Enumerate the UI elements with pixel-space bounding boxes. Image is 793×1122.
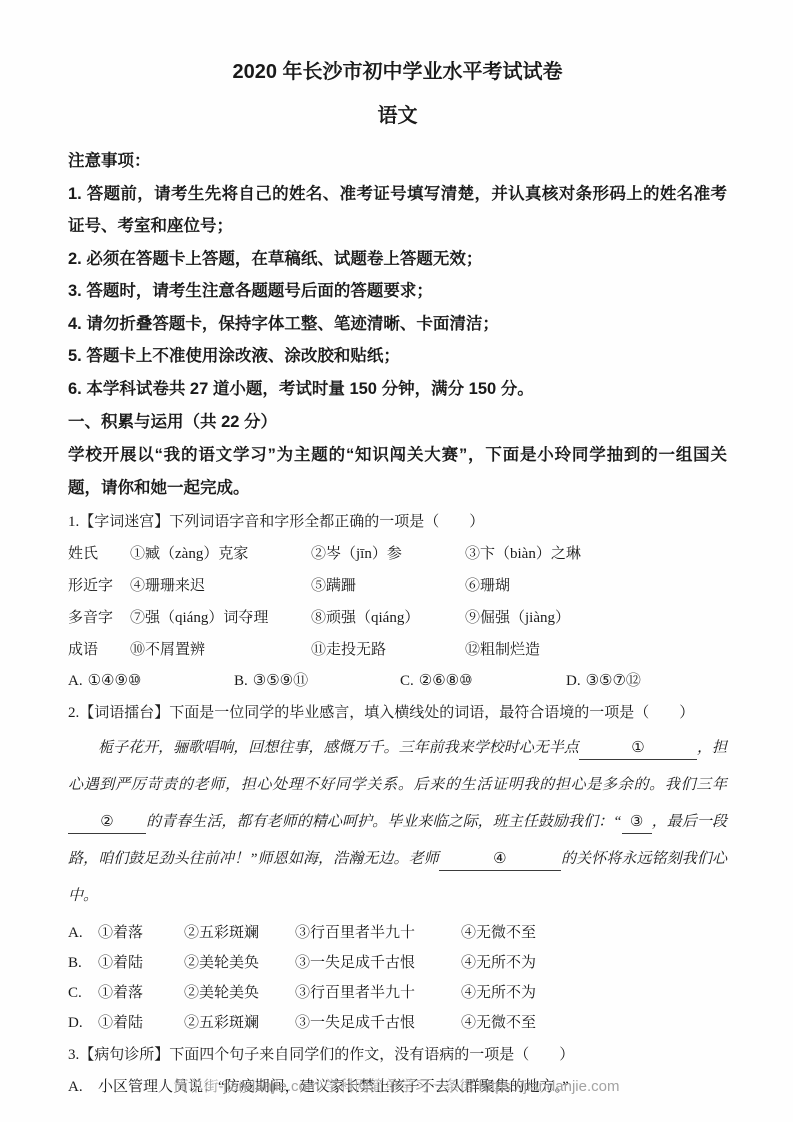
q1-row-idioms: 成语 ⑩不屑置辨 ⑪走投无路 ⑫粗制烂造 [68,634,727,666]
option-value: ①④⑨⑩ [88,673,142,689]
option-value: ③⑤⑦⑫ [586,673,641,689]
fill-blank-2: ② [68,811,146,834]
notice-item: 1. 答题前，请考生先将自己的姓名、准考证号填写清楚，并认真核对条形码上的姓名准… [68,178,727,243]
q1-row-label: 形近字 [68,570,130,602]
q1-option-d: D.③⑤⑦⑫ [566,666,727,696]
circled-number: ④ [493,851,506,867]
option-item: ④无微不至 [461,918,727,948]
section1-heading: 一、积累与运用（共 22 分） [68,406,727,439]
subject-title: 语文 [68,102,727,130]
option-item: ②美轮美奂 [184,948,295,978]
option-item: ②美轮美奂 [184,978,295,1008]
q1-row-surnames: 姓氏 ①臧（zàng）克家 ②岑（jīn）参 ③卞（biàn）之琳 [68,538,727,570]
option-label: D. [566,673,581,689]
q1-cell: ⑥珊瑚 [465,570,727,602]
option-label: C. [400,673,414,689]
section1-intro: 学校开展以“我的语文学习”为主题的“知识闯关大赛”，下面是小玲同学抽到的一组国关… [68,439,727,505]
notice-item: 6. 本学科试卷共 27 道小题，考试时量 150 分钟，满分 150 分。 [68,373,727,406]
option-item: ①着落 [98,918,184,948]
q1-cell: ⑦强（qiáng）词夺理 [130,602,311,634]
q1-row-label: 多音字 [68,602,130,634]
q1-options-row: A.①④⑨⑩ B.③⑤⑨⑪ C.②⑥⑧⑩ D.③⑤⑦⑫ [68,666,727,696]
option-item: ③一失足成千古恨 [295,1008,461,1038]
passage-text: 栀子花开，骊歌唱响，回想往事，感慨万千。三年前我来学校时心无半点 [98,740,579,756]
notice-item: 5. 答题卡上不准使用涂改液、涂改胶和贴纸； [68,340,727,373]
option-label: A. [68,673,83,689]
q1-grid: 姓氏 ①臧（zàng）克家 ②岑（jīn）参 ③卞（biàn）之琳 形近字 ④珊… [68,538,727,666]
q1-cell: ⑧顽强（qiáng） [311,602,465,634]
q3-stem: 3.【病句诊所】下面四个句子来自同学们的作文，没有语病的一项是（ ） [68,1040,727,1071]
q1-option-c: C.②⑥⑧⑩ [400,666,566,696]
q2-option-b: B. ①着陆 ②美轮美奂 ③一失足成千古恨 ④无所不为 [68,948,727,978]
q1-stem: 1.【字词迷宫】下列词语字音和字形全都正确的一项是（ ） [68,507,727,538]
option-item: ④无所不为 [461,978,727,1008]
q1-cell: ③卞（biàn）之琳 [465,538,727,570]
q1-row-similar-forms: 形近字 ④珊珊来迟 ⑤蹒跚 ⑥珊瑚 [68,570,727,602]
page-title: 2020 年长沙市初中学业水平考试试卷 [68,58,727,86]
q1-cell: ⑪走投无路 [311,634,465,666]
q1-row-label: 姓氏 [68,538,130,570]
option-item: ①着陆 [98,948,184,978]
fill-blank-4: ④ [439,848,561,871]
q1-option-b: B.③⑤⑨⑪ [234,666,400,696]
circled-number: ① [631,740,644,756]
notice-item: 2. 必须在答题卡上答题，在草稿纸、试题卷上答题无效； [68,243,727,276]
q1-cell: ⑤蹒跚 [311,570,465,602]
footer-watermark: 简单街-jiandanjie.com-学科网简单学习一条街 https://ji… [0,1075,793,1096]
circled-number: ③ [630,814,643,830]
q1-cell: ②岑（jīn）参 [311,538,465,570]
notices-heading: 注意事项： [68,145,727,178]
q2-option-a: A. ①着落 ②五彩斑斓 ③行百里者半九十 ④无微不至 [68,918,727,948]
option-item: ②五彩斑斓 [184,1008,295,1038]
q2-passage: 栀子花开，骊歌唱响，回想往事，感慨万千。三年前我来学校时心无半点①，担心遇到严厉… [68,730,727,915]
option-value: ②⑥⑧⑩ [419,673,473,689]
q1-cell: ①臧（zàng）克家 [130,538,311,570]
notices-section: 注意事项： 1. 答题前，请考生先将自己的姓名、准考证号填写清楚，并认真核对条形… [68,145,727,405]
option-label: D. [68,1008,98,1038]
option-item: ③行百里者半九十 [295,978,461,1008]
q1-row-label: 成语 [68,634,130,666]
option-item: ③一失足成千古恨 [295,948,461,978]
option-item: ①着陆 [98,1008,184,1038]
option-label: B. [68,948,98,978]
notice-item: 3. 答题时，请考生注意各题题号后面的答题要求； [68,275,727,308]
passage-text: 的青春生活，都有老师的精心呵护。毕业来临之际，班主任鼓励我们：“ [146,814,622,830]
option-label: A. [68,918,98,948]
q2-option-d: D. ①着陆 ②五彩斑斓 ③一失足成千古恨 ④无微不至 [68,1008,727,1038]
option-label: C. [68,978,98,1008]
q1-cell: ⑩不屑置辨 [130,634,311,666]
q2-stem: 2.【词语擂台】下面是一位同学的毕业感言，填入横线处的词语，最符合语境的一项是（… [68,698,727,729]
option-item: ②五彩斑斓 [184,918,295,948]
q2-option-c: C. ①着落 ②美轮美奂 ③行百里者半九十 ④无所不为 [68,978,727,1008]
exam-paper-page: 2020 年长沙市初中学业水平考试试卷 语文 注意事项： 1. 答题前，请考生先… [0,0,793,1122]
q1-row-polyphones: 多音字 ⑦强（qiáng）词夺理 ⑧顽强（qiáng） ⑨倔强（jiàng） [68,602,727,634]
notice-item: 4. 请勿折叠答题卡，保持字体工整、笔迹清晰、卡面清洁； [68,308,727,341]
q1-cell: ⑫粗制烂造 [465,634,727,666]
q1-cell: ④珊珊来迟 [130,570,311,602]
fill-blank-3: ③ [622,811,652,834]
q1-cell: ⑨倔强（jiàng） [465,602,727,634]
option-item: ①着落 [98,978,184,1008]
option-value: ③⑤⑨⑪ [253,673,308,689]
circled-number: ② [100,814,113,830]
q1-option-a: A.①④⑨⑩ [68,666,234,696]
q2-options: A. ①着落 ②五彩斑斓 ③行百里者半九十 ④无微不至 B. ①着陆 ②美轮美奂… [68,918,727,1038]
option-item: ④无微不至 [461,1008,727,1038]
option-label: B. [234,673,248,689]
fill-blank-1: ① [579,737,697,760]
option-item: ③行百里者半九十 [295,918,461,948]
option-item: ④无所不为 [461,948,727,978]
